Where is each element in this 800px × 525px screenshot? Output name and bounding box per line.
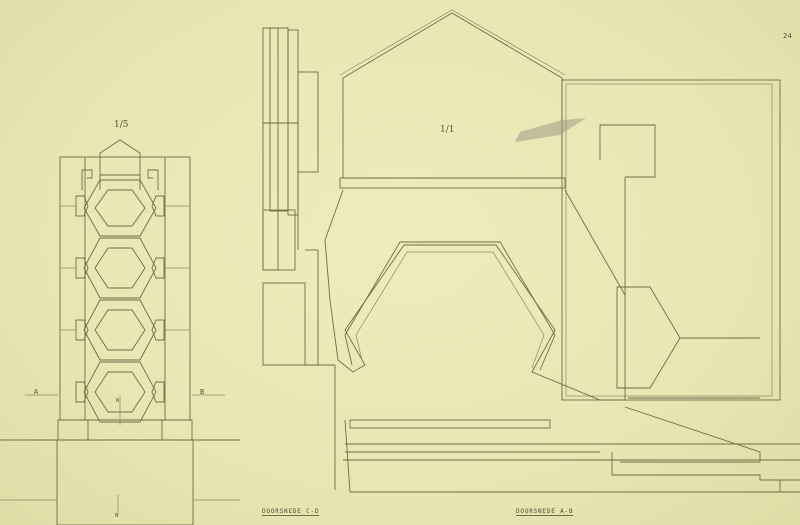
elevation-scale: 1/5 xyxy=(114,120,128,130)
section-ab-scale: 1/1 xyxy=(440,125,454,135)
architectural-drawing xyxy=(0,0,800,525)
section-marker-a: A xyxy=(34,388,39,396)
center-marker: N xyxy=(116,398,119,404)
section-marker-b: B xyxy=(200,388,205,396)
caption-section-c-d: DOORSNEDE C-D xyxy=(262,508,319,516)
section-a-b-view xyxy=(325,10,800,492)
bottom-marker: N xyxy=(115,513,118,519)
caption-section-a-b: DOORSNEDE A-B xyxy=(516,508,573,516)
section-c-d-view xyxy=(263,28,335,490)
sheet-number: 24 xyxy=(783,32,792,40)
drawing-sheet: 24 1/5 1/1 A B N N DOORSNEDE C-D DOORSNE… xyxy=(0,0,800,525)
elevation-view xyxy=(0,140,240,525)
